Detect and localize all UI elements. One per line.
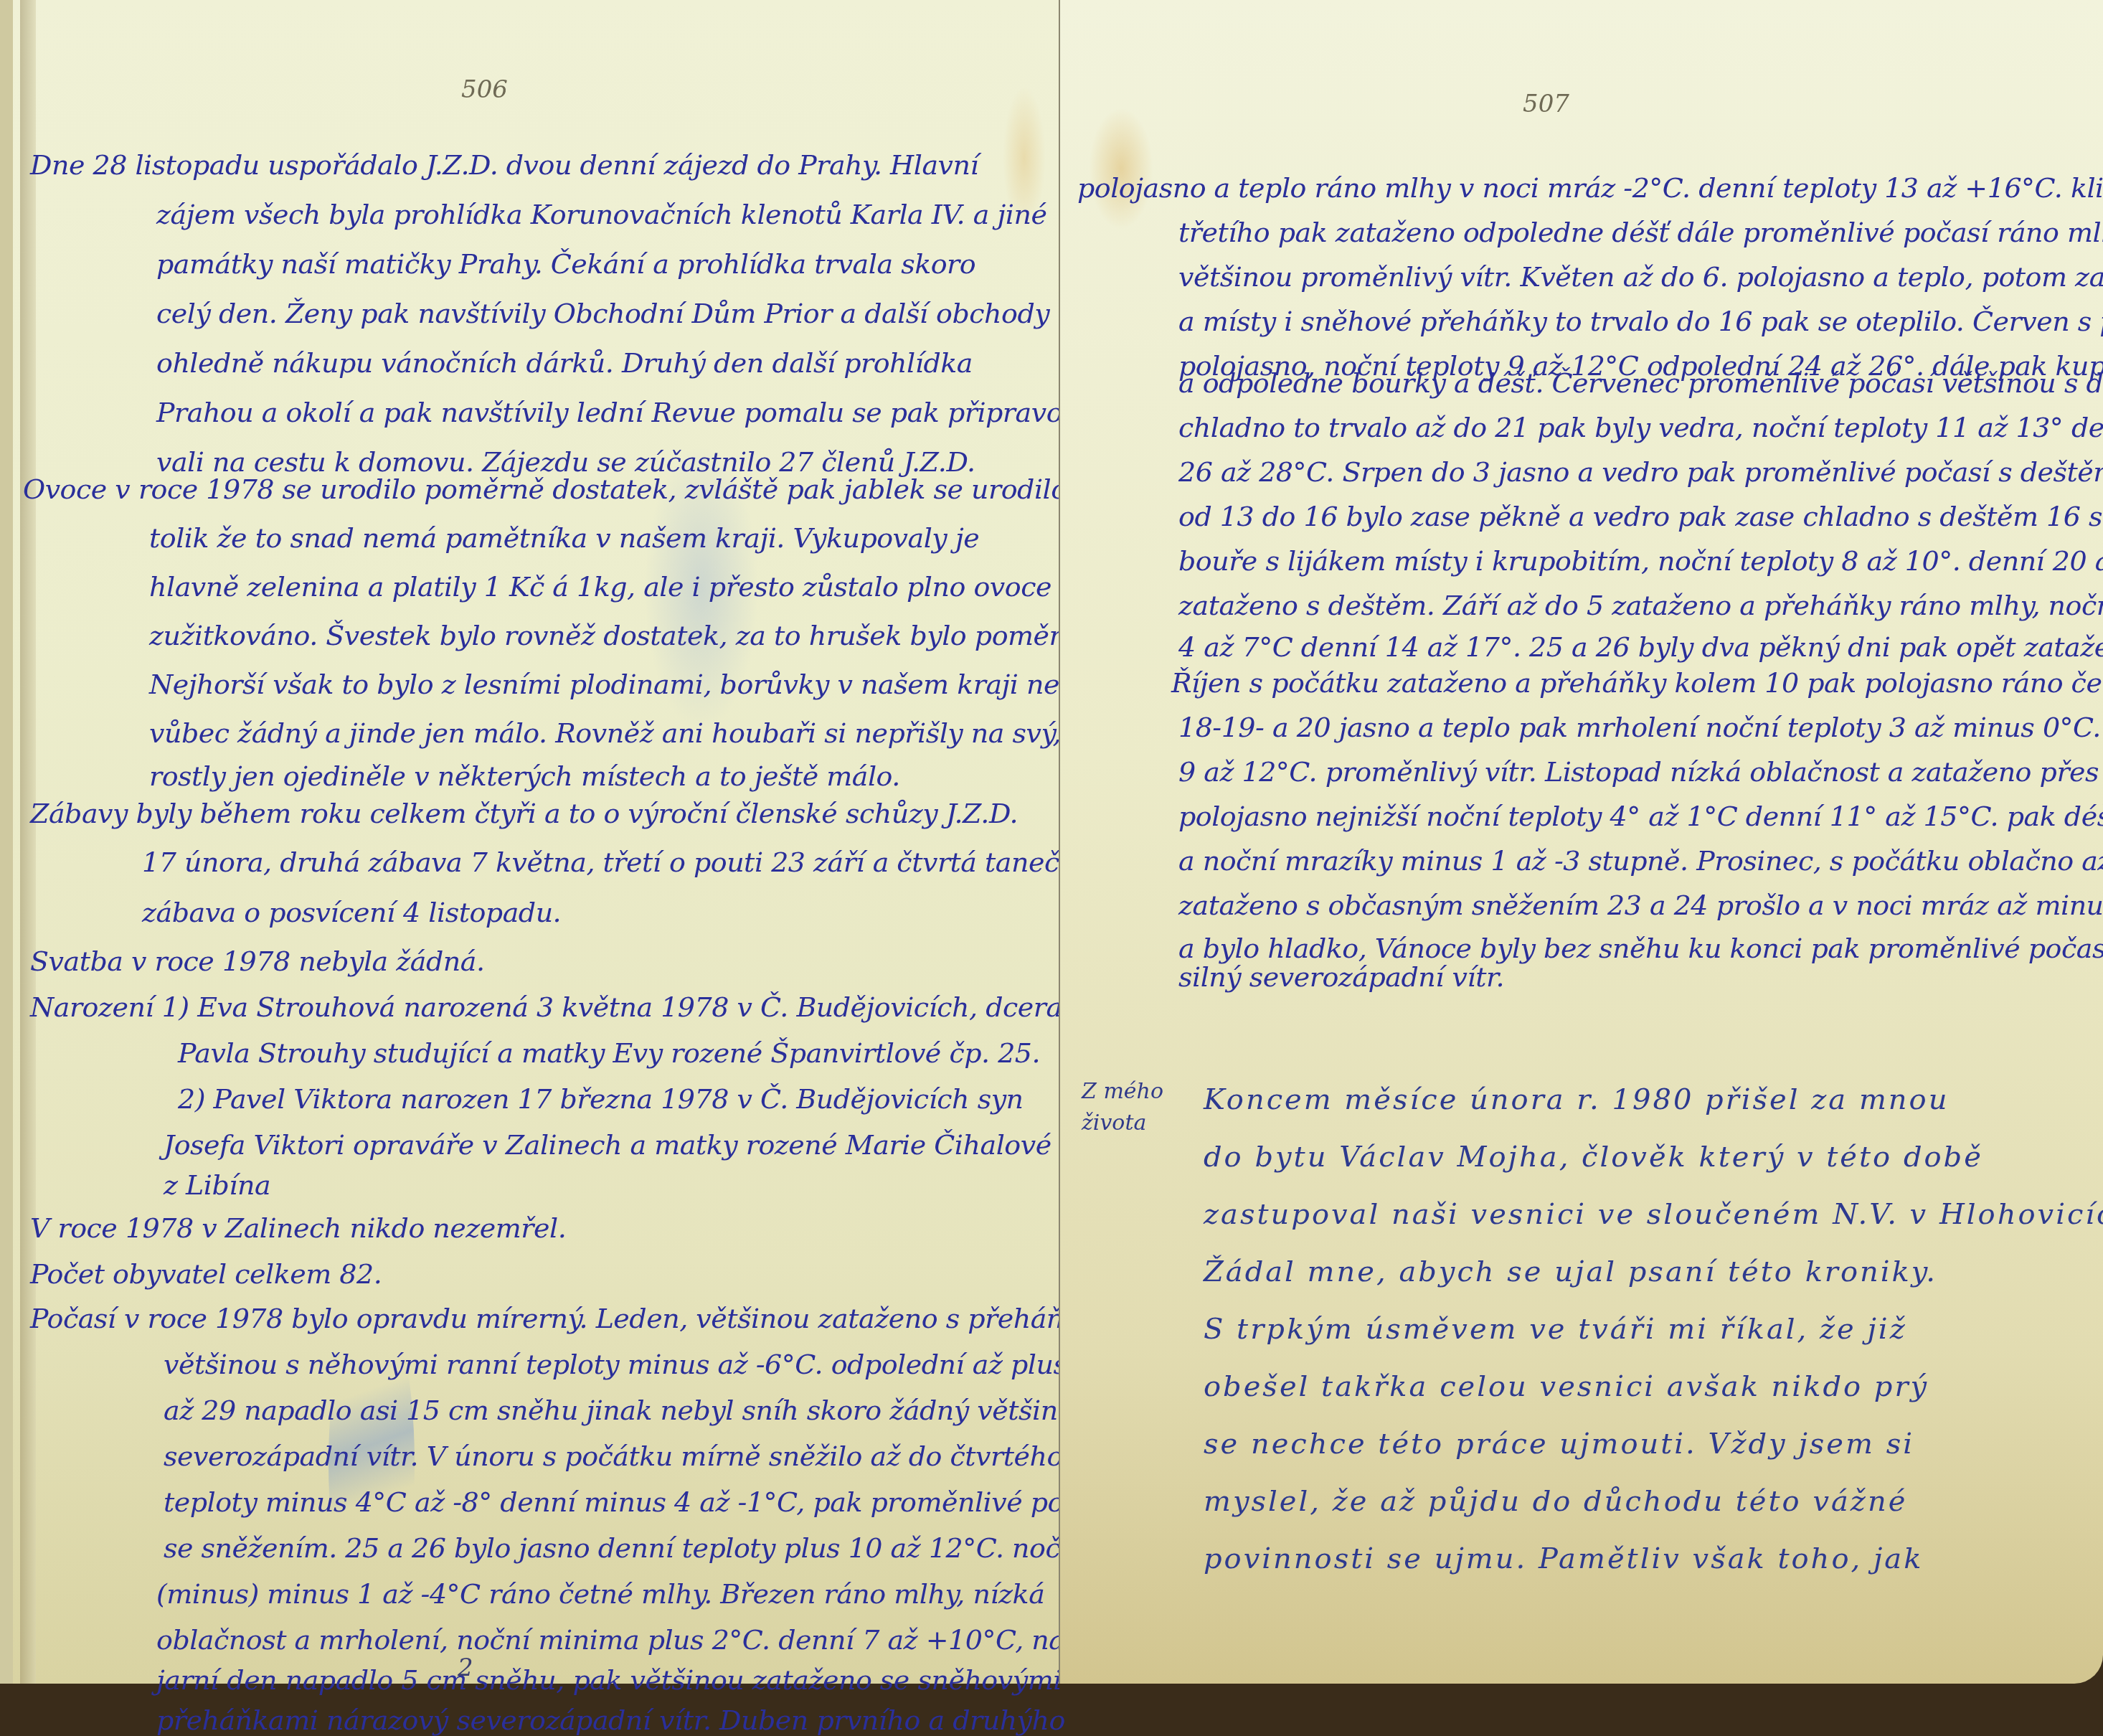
text-line: V roce 1978 v Zalinech nikdo nezemřel. [30, 1212, 566, 1244]
footer-mark: 2 [458, 1654, 473, 1682]
text-line: zájem všech byla prohlídka Korunovačních… [156, 199, 1046, 230]
text-line: a místy i sněhové přeháňky to trvalo do … [1178, 306, 2103, 337]
text-line: Koncem měsíce února r. 1980 přišel za mn… [1204, 1083, 1949, 1116]
text-line: silný severozápadní vítr. [1178, 961, 1504, 993]
text-line: S trpkým úsměvem ve tváři mi říkal, že j… [1204, 1313, 1907, 1346]
margin-note-line: života [1082, 1108, 1163, 1139]
text-line: zastupoval naši vesnici ve sloučeném N.V… [1204, 1198, 2103, 1231]
text-line: obešel takřka celou vesnici avšak nikdo … [1204, 1370, 1929, 1403]
text-line: celý den. Ženy pak navštívily Obchodní D… [156, 298, 1049, 329]
text-line: hlavně zelenina a platily 1 Kč á 1kg, al… [149, 571, 1102, 603]
page-number: 506 [461, 75, 508, 104]
page-number: 507 [1523, 90, 1569, 118]
text-line: Říjen s počátku zataženo a přeháňky kole… [1171, 667, 2103, 699]
text-line: 2) Pavel Viktora narozen 17 března 1978 … [178, 1083, 1024, 1115]
text-line: 17 února, druhá zábava 7 května, třetí o… [142, 846, 1084, 878]
text-line: Dne 28 listopadu uspořádalo J.Z.D. dvou … [30, 149, 978, 181]
margin-note-line: Z mého [1082, 1076, 1163, 1108]
margin-note: Z mého života [1082, 1076, 1163, 1139]
text-line: třetího pak zataženo odpoledne déšť dále… [1178, 217, 2103, 248]
book-spread: 506 Dne 28 listopadu uspořádalo J.Z.D. d… [0, 0, 2103, 1684]
text-line: Nejhorší však to bylo z lesními plodinam… [149, 669, 1115, 700]
text-line: se nechce této práce ujmouti. Vždy jsem … [1204, 1428, 1914, 1461]
text-line: Josefa Viktori opraváře v Zalinech a mat… [164, 1129, 1051, 1161]
text-line: severozápadní vítr. V únoru s počátku mí… [164, 1440, 1153, 1472]
text-line: z Libína [164, 1169, 270, 1201]
water-stain [1089, 108, 1153, 230]
text-line: zataženo s deštěm. Září až do 5 zataženo… [1178, 590, 2103, 621]
left-page: 506 Dne 28 listopadu uspořádalo J.Z.D. d… [0, 0, 1059, 1684]
text-line: Svatba v roce 1978 nebyla žádná. [30, 945, 485, 977]
text-line: (minus) minus 1 až -4°C ráno četné mlhy.… [156, 1578, 1044, 1610]
text-line: Zábavy byly během roku celkem čtyři a to… [30, 798, 1018, 829]
text-line: Žádal mne, abych se ujal psaní této kron… [1204, 1255, 1937, 1288]
text-line: většinou proměnlivý vítr. Květen až do 6… [1178, 261, 2103, 293]
text-line: do bytu Václav Mojha, člověk který v tét… [1204, 1141, 1983, 1174]
text-line: Počasí v roce 1978 bylo opravdu mírerný.… [30, 1303, 1138, 1334]
text-line: rostly jen ojediněle v některých místech… [149, 760, 900, 792]
text-line: vůbec žádný a jinde jen málo. Rovněž ani… [149, 717, 1152, 749]
text-line: od 13 do 16 bylo zase pěkně a vedro pak … [1178, 501, 2103, 532]
text-line: Ovoce v roce 1978 se urodilo poměrně dos… [23, 473, 1067, 505]
text-line: oblačnost a mrholení, noční minima plus … [156, 1624, 1143, 1656]
text-line: a bylo hladko, Vánoce byly bez sněhu ku … [1178, 933, 2103, 964]
text-line: 4 až 7°C denní 14 až 17°. 25 a 26 byly d… [1178, 631, 2103, 663]
text-line: a noční mrazíky minus 1 až -3 stupně. Pr… [1178, 845, 2103, 877]
text-line: polojasno nejnižší noční teploty 4° až 1… [1178, 801, 2103, 832]
text-line: 18-19- a 20 jasno a teplo pak mrholení n… [1178, 712, 2103, 743]
text-line: se sněžením. 25 a 26 bylo jasno denní te… [164, 1532, 1143, 1564]
text-line: povinnosti se ujmu. Pamětliv však toho, … [1204, 1542, 1923, 1575]
text-line: 9 až 12°C. proměnlivý vítr. Listopad níz… [1178, 756, 2103, 788]
text-line: teploty minus 4°C až -8° denní minus 4 a… [164, 1486, 1117, 1518]
text-line: myslel, že až půjdu do důchodu této vážn… [1204, 1485, 1907, 1518]
text-line: ohledně nákupu vánočních dárků. Druhý de… [156, 347, 973, 379]
text-line: a odpoledne bouřky a déšť. Červenec prom… [1178, 367, 2103, 399]
right-page: 507 polojasno a teplo ráno mlhy v noci m… [1060, 0, 2103, 1684]
text-line: Prahou a okolí a pak navštívily lední Re… [156, 397, 1071, 428]
text-line: polojasno a teplo ráno mlhy v noci mráz … [1077, 172, 2103, 204]
text-line: Narození 1) Eva Strouhová narozená 3 kvě… [30, 991, 1062, 1023]
text-line: tolik že to snad nemá pamětníka v našem … [149, 522, 979, 554]
text-line: památky naší matičky Prahy. Čekání a pro… [156, 248, 975, 280]
text-line: zužitkováno. Švestek bylo rovněž dostate… [149, 620, 1176, 651]
text-line: zataženo s občasným sněžením 23 a 24 pro… [1178, 890, 2103, 921]
text-line: 26 až 28°C. Srpen do 3 jasno a vedro pak… [1178, 456, 2103, 488]
text-line: zábava o posvícení 4 listopadu. [142, 897, 561, 928]
text-line: až 29 napadlo asi 15 cm sněhu jinak neby… [164, 1395, 1091, 1426]
text-line: Pavla Strouhy studující a matky Evy roze… [178, 1037, 1040, 1069]
text-line: Počet obyvatel celkem 82. [30, 1258, 382, 1290]
text-line: chladno to trvalo až do 21 pak byly vedr… [1178, 412, 2103, 443]
text-line: bouře s lijákem místy i krupobitím, nočn… [1178, 545, 2103, 577]
text-line: jarní den napadlo 5 cm sněhu, pak většin… [156, 1664, 1062, 1684]
text-line: většinou s něhovými ranní teploty minus … [164, 1349, 1133, 1380]
